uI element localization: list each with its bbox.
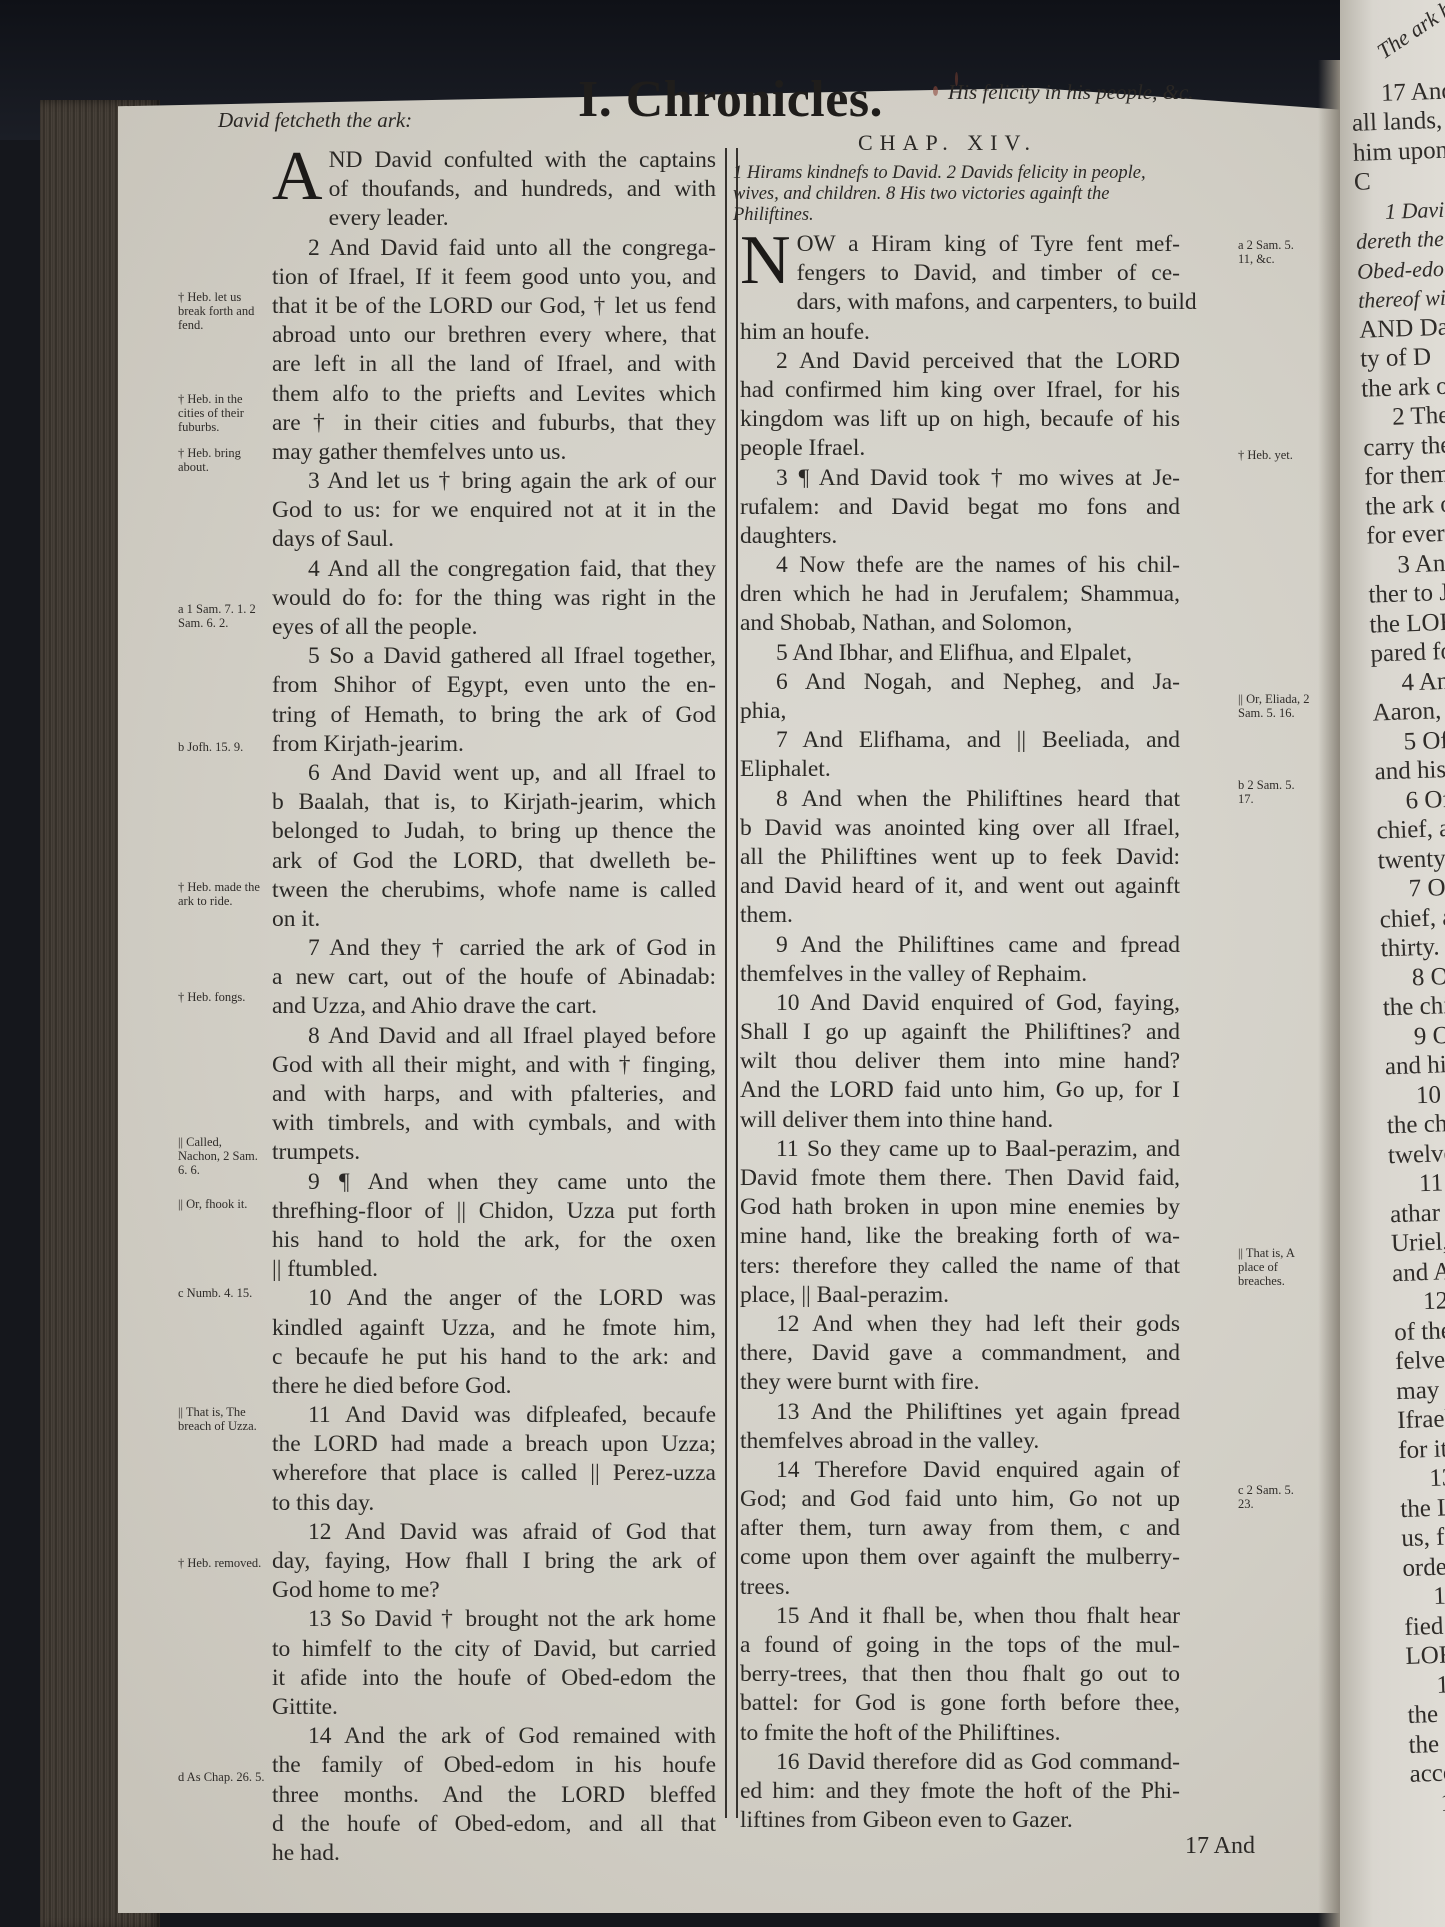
text-line: David fmote them there. Then David faid, [740, 1164, 1180, 1193]
text-line: God with all their might, and with † fin… [272, 1051, 716, 1080]
margin-note: c Numb. 4. 15. [178, 1286, 266, 1300]
text-line: day, faying, How fhall I bring the ark o… [272, 1547, 716, 1576]
text-line: kingdom was lift up on high, becaufe of … [740, 405, 1180, 434]
text-line: 12 And David was afraid of God that [272, 1518, 716, 1547]
text-line: ND David confulted with the captains [272, 146, 716, 175]
text-line: tween the cherubims, whofe name is calle… [272, 876, 716, 905]
text-line: 5 And Ibhar, and Elifhua, and Elpalet, [740, 639, 1180, 668]
text-line: God home to me? [272, 1576, 716, 1605]
text-line: eyes of all the people. [272, 613, 716, 642]
text-line: ters: therefore they called the name of … [740, 1252, 1180, 1281]
text-line: are † in their cities and fuburbs, that … [272, 409, 716, 438]
text-line: 11 So they came up to Baal-perazim, and [740, 1135, 1180, 1164]
text-line: and Shobab, Nathan, and Solomon, [740, 609, 1180, 638]
text-line: kindled againft Uzza, and he fmote him, [272, 1314, 716, 1343]
text-line: 12 And when they had left their gods [740, 1310, 1180, 1339]
drop-cap: N [740, 232, 791, 290]
margin-note: † Heb. let us break forth and fend. [178, 290, 266, 332]
text-line: 9 ¶ And when they came unto the [272, 1168, 716, 1197]
text-line: to fmite the hoft of the Philiftines. [740, 1719, 1180, 1748]
text-line: c becaufe he put his hand to the ark: an… [272, 1343, 716, 1372]
text-line: and David heard of it, and went out agai… [740, 872, 1180, 901]
text-line: the family of Obed-edom in his houfe [272, 1751, 716, 1780]
text-line: mine hand, like the breaking forth of wa… [740, 1222, 1180, 1251]
text-line: they were burnt with fire. [740, 1368, 1180, 1397]
text-line: 2 And David perceived that the LORD [740, 347, 1180, 376]
text-line: the LORD had made a breach upon Uzza; [272, 1430, 716, 1459]
text-line: them alfo to the priefts and Levites whi… [272, 380, 716, 409]
margin-note: † Heb. removed. [178, 1556, 266, 1570]
text-line: || ftumbled. [272, 1255, 716, 1284]
margin-note: || That is, The breach of Uzza. [178, 1405, 266, 1433]
text-line: dars, with mafons, and carpenters, to bu… [740, 288, 1180, 317]
text-line: Gittite. [272, 1693, 716, 1722]
margin-note: † Heb. made the ark to ride. [178, 880, 266, 908]
text-line: 10 And David enquired of God, faying, [740, 989, 1180, 1018]
text-line: abroad unto our brethren every where, th… [272, 321, 716, 350]
text-line: may gather themfelves unto us. [272, 438, 716, 467]
text-line: 13 And the Philiftines yet again fpread [740, 1398, 1180, 1427]
text-line: 14 Therefore David enquired again of [740, 1456, 1180, 1485]
margin-note: † Heb. in the cities of their fuburbs. [178, 392, 266, 434]
text-line: 15 And it fhall be, when thou fhalt hear [740, 1602, 1180, 1631]
running-head-left: David fetcheth the ark: [218, 108, 412, 133]
text-line: threfhing-floor of || Chidon, Uzza put f… [272, 1197, 716, 1226]
text-line: 2 And David faid unto all the congrega- [272, 234, 716, 263]
margin-note: d As Chap. 26. 5. [178, 1770, 266, 1784]
text-line: his hand to hold the ark, for the oxen [272, 1226, 716, 1255]
margin-note: || Or, fhook it. [178, 1197, 266, 1211]
text-line: rufalem: and David begat mo fons and [740, 493, 1180, 522]
next-page-line: 17 And the [1350, 69, 1445, 109]
text-line: themfelves abroad in the valley. [740, 1427, 1180, 1456]
text-line: that it be of the LORD our God, † let us… [272, 292, 716, 321]
text-line: 4 And all the congregation faid, that th… [272, 555, 716, 584]
column-rule [736, 148, 738, 1818]
text-line: on it. [272, 905, 716, 934]
text-line: a found of going in the tops of the mul- [740, 1631, 1180, 1660]
margin-note: c 2 Sam. 5. 23. [1238, 1483, 1310, 1511]
ink-smudge [933, 86, 938, 96]
text-line: God hath broken in upon mine enemies by [740, 1193, 1180, 1222]
text-line: Eliphalet. [740, 755, 1180, 784]
margin-note: || That is, A place of breaches. [1238, 1246, 1310, 1288]
next-page-running-head: The ark brought [1371, 0, 1445, 66]
text-line: of thoufands, and hundreds, and with [272, 175, 716, 204]
text-line: 7 And Elifhama, and || Beeliada, and [740, 726, 1180, 755]
text-line: would do fo: for the thing was right in … [272, 584, 716, 613]
column-rule [725, 148, 727, 1818]
text-line: 16 David therefore did as God command- [740, 1748, 1180, 1777]
text-line: to himfelf to the city of David, but car… [272, 1635, 716, 1664]
text-line: there he died before God. [272, 1372, 716, 1401]
text-line: from Kirjath-jearim. [272, 730, 716, 759]
text-line: and Uzza, and Ahio drave the cart. [272, 992, 716, 1021]
margin-note: b Jofh. 15. 9. [178, 740, 266, 754]
text-line: 4 Now thefe are the names of his chil- [740, 551, 1180, 580]
catch-word: 17 And [1185, 1833, 1255, 1860]
text-line: Shall I go up againft the Philiftines? a… [740, 1018, 1180, 1047]
text-line: he had. [272, 1839, 716, 1868]
text-line: with timbrels, and with cymbals, and wit… [272, 1109, 716, 1138]
text-line: 7 And they † carried the ark of God in [272, 934, 716, 963]
text-line: every leader. [272, 204, 716, 233]
text-line: them. [740, 901, 1180, 930]
text-line: fengers to David, and timber of ce- [740, 259, 1180, 288]
right-text-column: NOW a Hiram king of Tyre fent mef-fenger… [740, 230, 1180, 1835]
text-line: 6 And Nogah, and Nepheg, and Ja- [740, 668, 1180, 697]
text-line: dren which he had in Jerufalem; Shammua, [740, 580, 1180, 609]
book-title: I. Chronicles. [578, 70, 883, 129]
text-line: wherefore that place is called || Perez-… [272, 1459, 716, 1488]
text-line: tring of Hemath, to bring the ark of God [272, 701, 716, 730]
text-line: from Shihor of Egypt, even unto the en- [272, 671, 716, 700]
text-line: 11 And David was difpleafed, becaufe [272, 1401, 716, 1430]
text-line: OW a Hiram king of Tyre fent mef- [740, 230, 1180, 259]
text-line: God; and God faid unto him, Go not up [740, 1485, 1180, 1514]
text-line: 3 ¶ And David took † mo wives at Je- [740, 464, 1180, 493]
text-line: 6 And David went up, and all Ifrael to [272, 759, 716, 788]
text-line: three months. And the LORD bleffed [272, 1781, 716, 1810]
text-line: 3 And let us † bring again the ark of ou… [272, 467, 716, 496]
text-line: had confirmed him king over Ifrael, for … [740, 376, 1180, 405]
margin-note: † Heb. bring about. [178, 446, 266, 474]
text-line: come upon them over againft the mulberry… [740, 1543, 1180, 1572]
next-page: The ark brought17 And theall lands, andh… [1340, 0, 1445, 1927]
text-line: to this day. [272, 1489, 716, 1518]
text-line: God to us: for we enquired not at it in … [272, 496, 716, 525]
text-line: ed him: and they fmote the hoft of the P… [740, 1777, 1180, 1806]
text-line: berry-trees, that then thou fhalt go out… [740, 1660, 1180, 1689]
drop-cap: A [272, 148, 323, 206]
text-line: 8 And David and all Ifrael played before [272, 1022, 716, 1051]
text-line: phia, [740, 697, 1180, 726]
margin-note: a 1 Sam. 7. 1. 2 Sam. 6. 2. [178, 602, 266, 630]
text-line: wilt thou deliver them into mine hand? [740, 1047, 1180, 1076]
text-line: 10 And the anger of the LORD was [272, 1284, 716, 1313]
left-text-column: AND David confulted with the captainsof … [272, 146, 716, 1868]
text-line: b David was anointed king over all Ifrae… [740, 814, 1180, 843]
text-line: ark of God the LORD, that dwelleth be- [272, 847, 716, 876]
text-line: And the LORD faid unto him, Go up, for I [740, 1076, 1180, 1105]
text-line: will deliver them into thine hand. [740, 1106, 1180, 1135]
text-line: 14 And the ark of God remained with [272, 1722, 716, 1751]
margin-note: † Heb. fongs. [178, 990, 266, 1004]
text-line: b Baalah, that is, to Kirjath-jearim, wh… [272, 788, 716, 817]
margin-note: || Called, Nachon, 2 Sam. 6. 6. [178, 1135, 266, 1177]
text-line: trees. [740, 1573, 1180, 1602]
text-line: 5 So a David gathered all Ifrael togethe… [272, 642, 716, 671]
margin-note: a 2 Sam. 5. 11, &c. [1238, 238, 1310, 266]
text-line: themfelves in the valley of Rephaim. [740, 960, 1180, 989]
text-line: days of Saul. [272, 525, 716, 554]
margin-note: b 2 Sam. 5. 17. [1238, 778, 1310, 806]
text-line: battel: for God is gone forth before the… [740, 1689, 1180, 1718]
text-line: a new cart, out of the houfe of Abinadab… [272, 963, 716, 992]
next-page-text: The ark brought17 And theall lands, andh… [1348, 0, 1445, 1819]
text-line: it afide into the houfe of Obed-edom the [272, 1664, 716, 1693]
text-line: 13 So David † brought not the ark home [272, 1605, 716, 1634]
text-line: are left in all the land of Ifrael, and … [272, 350, 716, 379]
text-line: after them, turn away from them, c and [740, 1514, 1180, 1543]
text-line: daughters. [740, 522, 1180, 551]
ink-smudge [955, 72, 958, 86]
running-head-right: His felicity in his people, &c. [948, 80, 1194, 105]
text-line: belonged to Judah, to bring up thence th… [272, 817, 716, 846]
chapter-summary: 1 Hirams kindnefs to David. 2 Davids fel… [733, 163, 1183, 226]
text-line: and with harps, and with pfalteries, and [272, 1080, 716, 1109]
text-line: him an houfe. [740, 318, 1180, 347]
chapter-heading: CHAP. XIV. [858, 130, 1037, 156]
text-line: tion of Ifrael, If it feem good unto you… [272, 263, 716, 292]
text-line: trumpets. [272, 1138, 716, 1167]
text-line: 8 And when the Philiftines heard that [740, 785, 1180, 814]
margin-note: || Or, Eliada, 2 Sam. 5. 16. [1238, 692, 1310, 720]
text-line: all the Philiftines went up to feek Davi… [740, 843, 1180, 872]
text-line: place, || Baal-perazim. [740, 1281, 1180, 1310]
text-line: liftines from Gibeon even to Gazer. [740, 1806, 1180, 1835]
text-line: there, David gave a commandment, and [740, 1339, 1180, 1368]
text-line: people Ifrael. [740, 434, 1180, 463]
margin-note: † Heb. yet. [1238, 448, 1310, 462]
text-line: d the houfe of Obed-edom, and all that [272, 1810, 716, 1839]
text-line: 9 And the Philiftines came and fpread [740, 931, 1180, 960]
